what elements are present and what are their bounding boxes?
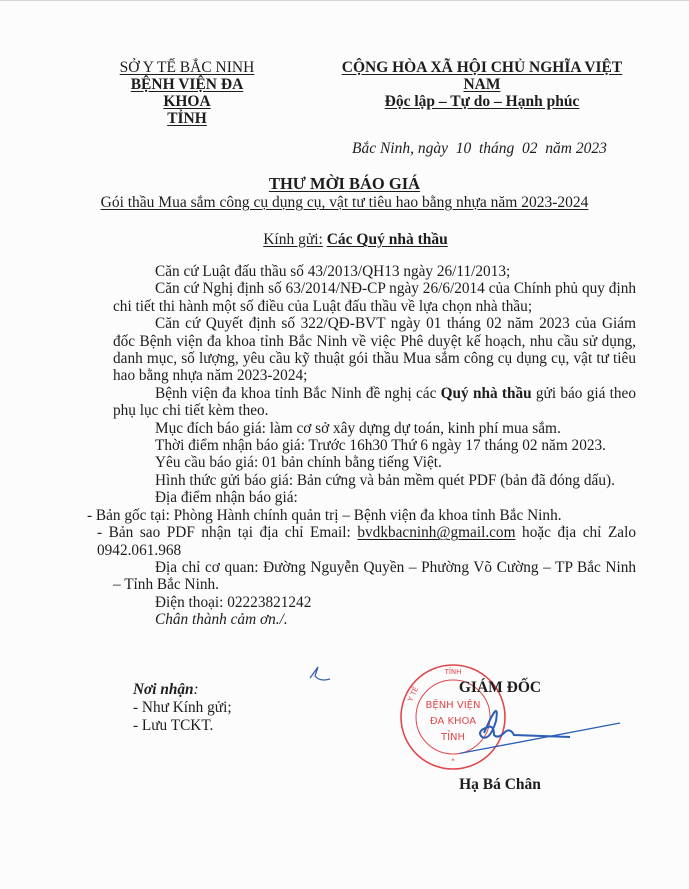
quote-location-label: Địa điểm nhận báo giá: [113,489,636,506]
agency-name-line1: BỆNH VIỆN ĐA KHOA [112,76,262,110]
recipients-heading: Nơi nhận: [133,681,232,699]
recipients-label: Nơi nhận [133,681,194,698]
phone-number: Điện thoại: 02223821242 [113,594,636,611]
office-address: Địa chỉ cơ quan: Đường Nguyễn Quyền – Ph… [113,559,636,594]
document-date: Bắc Ninh, ngày 10 tháng 02 năm 2023 [352,140,607,158]
legal-basis-1: Căn cứ Luật đấu thầu số 43/2013/QH13 ngà… [113,263,636,280]
issuing-agency: SỞ Y TẾ BẮC NINH BỆNH VIỆN ĐA KHOA TỈNH [112,59,262,127]
document-subtitle: Gói thầu Mua sắm công cụ dụng cụ, vật tư… [0,194,689,212]
quote-location-original: - Bản gốc tại: Phòng Hành chính quản trị… [87,507,636,524]
national-motto: Độc lập – Tự do – Hạnh phúc [327,93,637,110]
quote-location-copy: - Bản sao PDF nhận tại địa chỉ Email: bv… [97,524,636,559]
quote-deadline: Thời điểm nhận báo giá: Trước 16h30 Thứ … [113,437,636,454]
agency-name-line2: TỈNH [112,110,262,127]
email-link[interactable]: bvdkbacninh@gmail.com [357,524,515,541]
subtitle-text: Gói thầu Mua sắm công cụ dụng cụ, vật tư… [101,194,589,211]
recipient-item: - Lưu TCKT. [133,717,232,735]
svg-text:*: * [451,757,455,765]
national-title-line2: NAM [327,76,637,93]
national-title-line1: CỘNG HÒA XÃ HỘI CHỦ NGHĨA VIỆT [327,59,637,76]
request-text-pre: Bệnh viện đa khoa tỉnh Bắc Ninh đề nghị … [155,385,441,402]
recipient-item: - Như Kính gửi; [133,699,232,717]
closing-thanks: Chân thành cảm ơn./. [113,611,636,628]
document-title: THƯ MỜI BÁO GIÁ [0,174,689,194]
request-paragraph: Bệnh viện đa khoa tỉnh Bắc Ninh đề nghị … [113,385,636,420]
legal-basis-3: Căn cứ Quyết định số 322/QĐ-BVT ngày 01 … [113,315,636,385]
national-header: CỘNG HÒA XÃ HỘI CHỦ NGHĨA VIỆT NAM Độc l… [327,59,637,110]
letter-body: Căn cứ Luật đấu thầu số 43/2013/QH13 ngà… [113,263,636,629]
recipients-colon: : [194,681,199,698]
legal-basis-2: Căn cứ Nghị định số 63/2014/NĐ-CP ngày 2… [113,280,636,315]
signer-name: Hạ Bá Chân [430,776,570,794]
signer-title: GIÁM ĐỐC [440,679,560,697]
quote-purpose: Mục đích báo giá: làm cơ sở xây dựng dự … [113,420,636,437]
request-text-bold: Quý nhà thầu [441,385,532,402]
stamp-ring-top: TỈNH [444,667,462,676]
quote-format: Hình thức gửi báo giá: Bản cứng và bản m… [113,472,636,489]
quote-requirement: Yêu cầu báo giá: 01 bản chính bằng tiếng… [113,454,636,471]
initial-mark-icon [306,664,336,684]
recipients-block: Nơi nhận: - Như Kính gửi; - Lưu TCKT. [133,681,232,734]
copy-text-pre: - Bản sao PDF nhận tại địa chỉ Email: [97,524,357,541]
greeting: Kính gửi: Các Quý nhà thầu [0,231,689,249]
greeting-label: Kính gửi: [263,231,323,248]
greeting-recipient: Các Quý nhà thầu [327,231,448,248]
handwritten-signature-icon [460,701,660,761]
agency-parent: SỞ Y TẾ BẮC NINH [112,59,262,76]
document-page: SỞ Y TẾ BẮC NINH BỆNH VIỆN ĐA KHOA TỈNH … [0,0,689,889]
